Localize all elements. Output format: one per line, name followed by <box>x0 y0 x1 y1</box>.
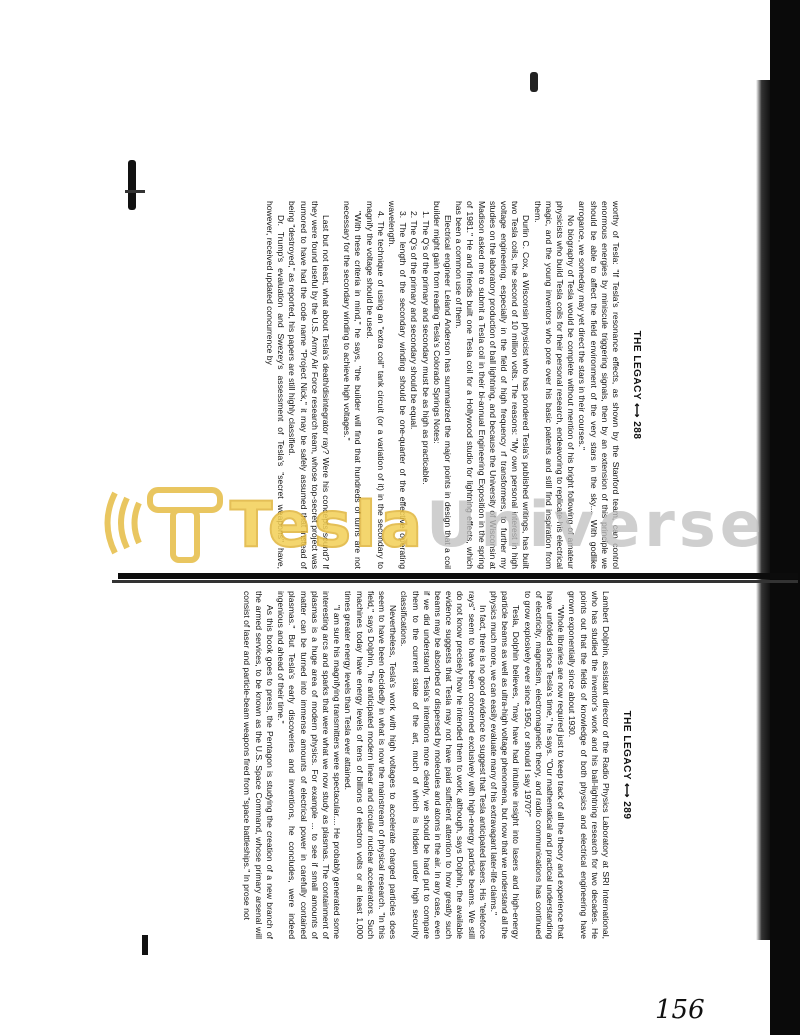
page-rotated-content: THE LEGACY ⟷ 288 worthy of Tesla: "If Te… <box>150 195 650 575</box>
paragraph: 1. The Q's of the primary and secondary … <box>419 201 430 569</box>
scan-mark <box>128 160 136 210</box>
scan-mark <box>142 935 148 955</box>
paragraph: No biography of Tesla would be complete … <box>531 201 576 569</box>
paragraph: In fact, there is no good evidence to su… <box>398 591 488 939</box>
book-spine-shadow <box>112 580 798 583</box>
scan-border-dark <box>770 0 800 1035</box>
paragraph: "With these criteria in mind," he says, … <box>341 201 363 569</box>
book-page-288: THE LEGACY ⟷ 288 worthy of Tesla: "If Te… <box>150 195 650 575</box>
paragraph: Durlin C. Cox, a Wisconsin physicist who… <box>453 201 531 569</box>
book-page-289: THE LEGACY ⟷ 289 Lambert Dolphin, assist… <box>150 585 640 945</box>
page-body-text: Lambert Dolphin, assistant director of t… <box>241 585 611 945</box>
paragraph: Dr. Trump's evaluation and Swezey's asse… <box>264 201 286 569</box>
scan-shadow <box>756 80 770 940</box>
paragraph: Tesla, Dolphin believes, "may have had i… <box>488 591 522 939</box>
paragraph: worthy of Tesla: "If Tesla's resonance e… <box>576 201 621 569</box>
running-header: THE LEGACY ⟷ 288 <box>631 195 642 575</box>
paragraph: 2. The Q's of the primary and secondary … <box>408 201 419 569</box>
paragraph: "I am sure his magnifying transmitters w… <box>275 591 342 939</box>
paragraph: Last but not least, what about Tesla's d… <box>286 201 331 569</box>
scan-mark <box>125 190 145 193</box>
page-body-text: worthy of Tesla: "If Tesla's resonance e… <box>264 195 621 575</box>
handwritten-page-number: 156 <box>655 995 705 1025</box>
paragraph: 4. The technique of using an "extra coil… <box>363 201 385 569</box>
paragraph: "Whole libraries are now required just t… <box>521 591 566 939</box>
page-rotated-content: THE LEGACY ⟷ 289 Lambert Dolphin, assist… <box>150 585 640 945</box>
book-spine-gutter <box>118 573 798 579</box>
paragraph: As this book goes to press, the Pentagon… <box>241 591 275 939</box>
running-header: THE LEGACY ⟷ 289 <box>621 585 632 945</box>
paragraph: Nevertheless, Tesla's work with high vol… <box>342 591 398 939</box>
paragraph: Electrical engineer Leland Anderson has … <box>431 201 453 569</box>
paragraph: Lambert Dolphin, assistant director of t… <box>566 591 611 939</box>
scan-smudge <box>530 72 538 92</box>
paragraph: 3. The length of the secondary winding s… <box>386 201 408 569</box>
